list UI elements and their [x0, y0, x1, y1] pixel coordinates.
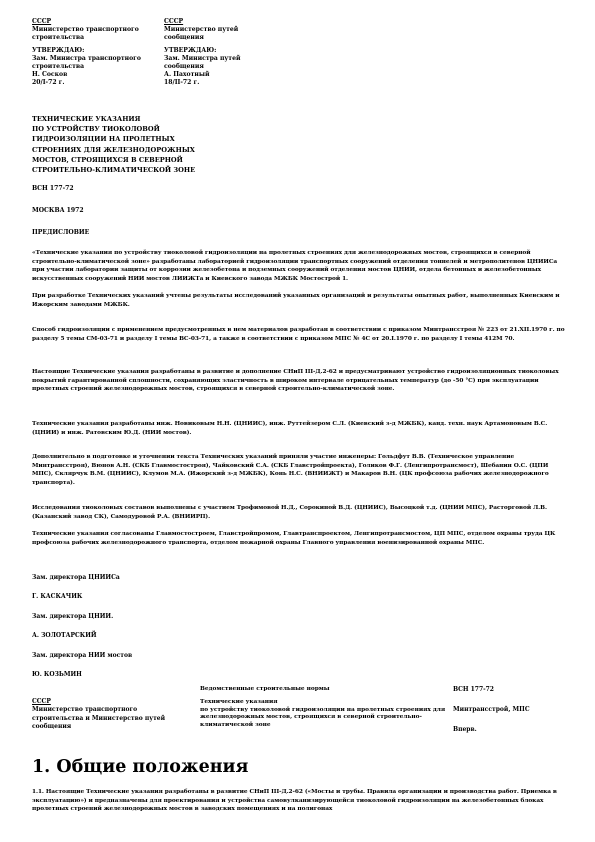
ministry-name: Министерство путей сообщения: [164, 26, 274, 42]
document-code: ВСН 177-72: [32, 185, 567, 193]
norm-description: Ведомственные строительные нормы Техниче…: [200, 686, 455, 729]
signature-position: Зам. директора ЦНИИ.: [32, 613, 567, 621]
approval-left: СССР Министерство транспортного строител…: [32, 18, 164, 88]
norm-meta: ВСН 177-72 Минтрансстрой, МПС Вперв.: [453, 686, 568, 735]
title-line: МОСТОВ, СТРОЯЩИХСЯ В СЕВЕРНОЙ: [32, 155, 292, 165]
issuing-ministries: СССР Министерство транспортного строител…: [32, 698, 167, 731]
title-line: ПО УСТРОЙСТВУ ТИОКОЛОВОЙ: [32, 124, 292, 134]
approval-header: СССР Министерство транспортного строител…: [32, 18, 567, 88]
signature-position: Зам. директора ЦНИИСа: [32, 574, 567, 582]
paragraph: Настоящие Технические указания разработа…: [32, 368, 567, 394]
approver-position: Зам. Министра путей сообщения: [164, 55, 274, 71]
section-heading: 1. Общие положения: [32, 757, 248, 777]
signature-name: А. ЗОЛОТАРСКИЙ: [32, 632, 567, 640]
title-line: СТРОЕНИЯХ ДЛЯ ЖЕЛЕЗНОДОРОЖНЫХ: [32, 145, 292, 155]
title-line: ГИДРОИЗОЛЯЦИИ НА ПРОЛЕТНЫХ: [32, 134, 292, 144]
paragraph: Способ гидроизоляции с применением преду…: [32, 326, 567, 343]
country-label: СССР: [164, 18, 274, 26]
signature-name: Ю. КОЗЬМИН: [32, 671, 567, 679]
paragraph: «Технические указания по устройству тиок…: [32, 249, 567, 283]
norm-status: Вперв.: [453, 726, 568, 734]
approver-position: Зам. Министра транспортного строительств…: [32, 55, 164, 71]
title-line: СТРОИТЕЛЬНО-КЛИМАТИЧЕСКОЙ ЗОНЕ: [32, 165, 292, 175]
signature-name: Г. КАСКАЧИК: [32, 593, 567, 601]
approval-date: 18/II-72 г.: [164, 79, 274, 87]
approver-name: Н. Сосков: [32, 71, 164, 79]
document-title: ТЕХНИЧЕСКИЕ УКАЗАНИЯ ПО УСТРОЙСТВУ ТИОКО…: [32, 114, 292, 175]
norm-code: ВСН 177-72: [453, 686, 568, 694]
signature-position: Зам. директора НИИ мостов: [32, 652, 567, 660]
approved-label: УТВЕРЖДАЮ:: [164, 47, 274, 55]
approval-date: 20/I-72 г.: [32, 79, 164, 87]
paragraph: При разработке Технических указаний учте…: [32, 292, 567, 309]
paragraph: Технические указания согласованы Главмос…: [32, 530, 567, 547]
norm-type: Ведомственные строительные нормы: [200, 686, 455, 693]
city-year: МОСКВА 1972: [32, 207, 567, 215]
section-paragraph: 1.1. Настоящие Технические указания разр…: [32, 788, 567, 814]
title-line: ТЕХНИЧЕСКИЕ УКАЗАНИЯ: [32, 114, 292, 124]
paragraph: Технические указания разработаны инж. Но…: [32, 420, 567, 437]
country-label: СССР: [32, 698, 167, 706]
paragraph: Дополнительно в подготовке и уточнении т…: [32, 453, 567, 487]
doc-title-rest: по устройству тиоколовой гидроизоляции н…: [200, 707, 455, 729]
country-label: СССР: [32, 18, 164, 26]
ministry-name: Министерство транспортного строительства: [32, 26, 164, 42]
approver-name: А. Пахотный: [164, 71, 274, 79]
approval-right: СССР Министерство путей сообщения УТВЕРЖ…: [164, 18, 274, 88]
ministry-name: Министерство транспортного строительства…: [32, 706, 167, 731]
foreword-heading: ПРЕДИСЛОВИЕ: [32, 229, 567, 237]
norm-issuer: Минтрансстрой, МПС: [453, 706, 568, 714]
paragraph: Исследования тиоколовых составов выполне…: [32, 504, 567, 521]
approved-label: УТВЕРЖДАЮ:: [32, 47, 164, 55]
doc-title-line: Технические указания: [200, 699, 455, 706]
